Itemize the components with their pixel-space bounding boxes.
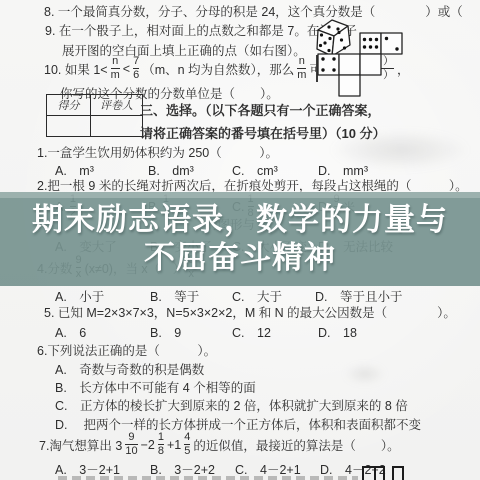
net-cell-2 [381,33,402,54]
exam-paper-page: 8. 一个最简真分数，分子、分母的积是 24，这个真分数是（ ）或（ ）。 9.… [0,0,480,480]
score-label: 得分 [47,95,91,116]
score-box: 得分 评卷人 [46,94,143,137]
q6-option-c: C. 正方体的棱长扩大到原来的 2 倍，体积就扩大到原来的 8 倍 [55,396,408,414]
net-cell-4 [318,54,339,75]
fraction-7-6: 7 6 [133,56,139,81]
dice-and-net-figure [298,12,480,100]
banner-title-line1: 期末励志语录，数学的力量与 [32,202,448,239]
grader-cell-empty [91,116,143,137]
motivational-banner-overlay: 期末励志语录，数学的力量与 不屈奋斗精神 [0,192,480,286]
option-c: C. 12 [232,323,271,341]
net-cell-blank [339,75,360,96]
q10-text-a: 10. 如果 1< [44,60,108,78]
squares-figure-single [392,466,404,480]
net-cell-6 [360,33,381,54]
fraction-9-10: 9 10 [125,432,137,457]
grader-label: 评卷人 [91,95,143,116]
fraction-4-5: 4 5 [184,432,190,457]
choice-q7-text: 7.淘气想算出 3 9 10 −2 1 8 +1 4 5 的近似值，最接近的算法… [39,430,400,460]
option-b: B. 9 [150,323,181,341]
option-a: A. 6 [55,323,86,341]
cut-off-text-line [58,476,358,480]
q10-text-b: < [123,62,130,76]
q10-text-c: （m、n 均为自然数），那么 [142,60,294,78]
choice-q6-text: 6.下列说法正确的是（ ）。 [37,341,216,359]
fraction-1-8: 1 8 [158,432,164,457]
choice-q5-options: A. 6 B. 9 C. 12 D. 18 [0,323,480,341]
section-3-header-line1: 三、选择。（以下各题只有一个正确答案， [140,100,381,119]
section-3-header-line2: 请将正确答案的番号填在括号里）（10 分） [140,123,386,142]
scan-smudge [345,365,385,383]
q6-option-b: B. 长方体中不可能有 4 个相等的面 [55,378,256,396]
option-d: D. 18 [318,323,357,341]
q6-option-a: A. 奇数与奇数的积是偶数 [55,360,204,378]
choice-q5-text: 5. 已知 M=2×3×7×3，N=5×3×2×2，M 和 N 的最大公因数是（… [44,303,456,321]
choice-q1-text: 1.一盒学生饮用奶体积约为 250（ ）。 [37,143,278,161]
net-cell-blank [339,54,360,75]
score-cell-empty [47,116,91,137]
fraction-n-m: n m [111,56,120,81]
squares-figure-pair [362,466,385,480]
banner-title-line2: 不屈奋斗精神 [144,240,336,277]
net-cell-blank [360,54,381,75]
